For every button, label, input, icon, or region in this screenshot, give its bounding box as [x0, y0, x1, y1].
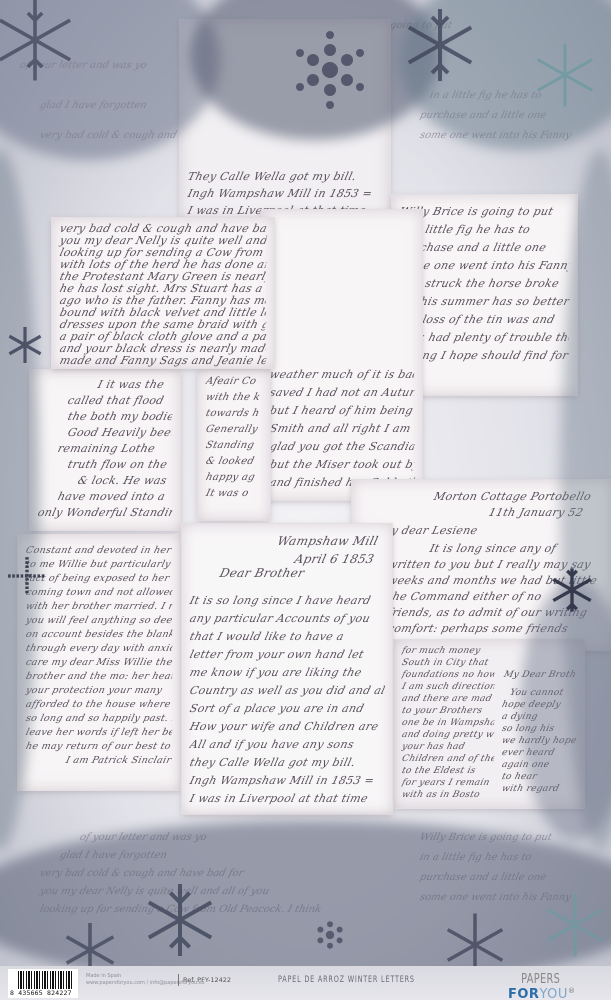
letter-line: the loss of the tin was and — [398, 313, 570, 326]
letter-line: Afeair Co — [205, 376, 264, 387]
letter-line: All and if you have any sons — [188, 738, 385, 751]
letter-place: Wampshaw Mill — [188, 534, 385, 548]
letter-line: I was in Liverpool at that time — [188, 792, 385, 805]
letter-line: through every day with anxious — [25, 643, 174, 654]
letter-line: your protection your many — [25, 685, 174, 696]
letter-line: he may return of our best to you all — [25, 741, 174, 752]
letter-line: you will feel anything so deeply — [25, 615, 174, 626]
letter-line: me know if you are liking the — [188, 666, 385, 679]
letter-line: & looked — [205, 456, 264, 467]
letter-line: I it was the — [36, 378, 173, 391]
brand-part-papers: PAPERS — [521, 972, 560, 987]
letter-line: Ingh Wampshaw Mill in 1853 = — [186, 187, 383, 200]
letter-line: Generally — [205, 424, 264, 435]
snowflake-icon — [530, 40, 600, 110]
letter-line: It is so long since I have heard — [188, 594, 385, 607]
letter-salutation: Dear Brother — [188, 566, 385, 580]
letter-line: for much money — [401, 646, 495, 656]
letter-line: with as in Bosto — [401, 790, 495, 800]
letter-line: Good Heavily been — [36, 426, 173, 439]
letter-line: and doing pretty well — [401, 730, 495, 740]
letter-line: Children and of them — [401, 754, 495, 764]
barcode-digits: 8 435665 824227 — [10, 989, 72, 997]
letter-line: Ingh Wampshaw Mill in 1853 = — [188, 774, 385, 787]
rice-paper-sheet: Willy Brice is going to put in a little … — [0, 0, 611, 966]
brand-part-for: FOR — [508, 987, 539, 1000]
letter-line: leave her words if left her bed and — [25, 727, 174, 738]
snowflake-icon — [300, 905, 360, 965]
letter-line: I am such direction to — [401, 682, 495, 692]
letter-line: Standing — [205, 440, 264, 451]
letter-date: April 6 1853 — [188, 552, 385, 566]
letter-line: any particular Accounts of you — [188, 612, 385, 625]
letter-line: for his summer has so better — [398, 295, 570, 308]
letter-line: with her brother married. I recommend — [25, 601, 174, 612]
letter-line: have moved into a — [36, 490, 173, 503]
letter-middle-small-center: Afeair Co with the k towards h Generally… — [198, 370, 270, 520]
letter-middle-center: weather much of it is badly saved I had … — [262, 210, 422, 500]
snowflake-icon — [0, 0, 80, 85]
registered-mark: ® — [568, 987, 576, 995]
letter-upper-left: very bad cold & cough and have bad for y… — [52, 218, 274, 368]
letter-line: in a little fig he has to — [398, 223, 570, 236]
product-reference: Ref. PFY-12422 — [178, 974, 231, 986]
letter-main-center: Wampshaw Mill April 6 1853 Dear Brother … — [182, 524, 392, 814]
snowflake-icon — [5, 325, 45, 365]
letter-line: purchase and a little one — [398, 241, 570, 254]
letter-line: made and Fanny Sags and Jeanie lets it t… — [58, 354, 267, 367]
letter-line: care my dear Miss Willie the only — [25, 657, 174, 668]
letter-line: only Wonderful Standing — [36, 506, 173, 519]
letter-line: Smith and all right I am — [268, 422, 415, 435]
letter-line: and there are mad — [401, 694, 495, 704]
letter-line: happy ag — [205, 472, 264, 483]
letter-line: brother and the mo: her heart and — [25, 671, 174, 682]
letter-line: They Calle Wella got my bill. — [186, 170, 383, 183]
barcode: 8 435665 824227 — [8, 969, 78, 998]
letter-line: letter from your own hand let — [188, 648, 385, 661]
letter-line: the both my bodies — [36, 410, 173, 423]
brand-logo: PAPERSFORYOU® — [508, 972, 611, 1000]
letter-line: that I would like to have a — [188, 630, 385, 643]
letter-line: weather much of it is badly — [268, 368, 415, 381]
letter-line: afforded to the house where she had — [25, 699, 174, 710]
product-title: PAPEL DE ARROZ WINTER LETTERS — [278, 975, 415, 985]
letter-line: South in City that — [401, 658, 495, 668]
letter-line: How your wife and Children are — [188, 720, 385, 733]
snowflake-icon — [540, 890, 610, 960]
letter-line: on account besides the blank a — [25, 629, 174, 640]
letter-line: foundations no how — [401, 670, 495, 680]
barcode-bars — [18, 971, 74, 989]
letter-line: some one went into his Fanny — [398, 259, 570, 272]
letter-line: for years I remain — [401, 778, 495, 788]
letter-line: your has had — [401, 742, 495, 752]
letter-line: truth flow on the — [36, 458, 173, 471]
product-footer: 8 435665 824227 Made in Spain www.papers… — [0, 966, 611, 1000]
letter-line: Willy Brice is going to put — [398, 205, 570, 218]
snowflake-icon — [6, 555, 48, 597]
snowflake-icon — [60, 920, 120, 966]
letter-line: Country as well as you did and also — [188, 684, 385, 697]
letter-line: called that flood — [36, 394, 173, 407]
letter-line: one be in Wampshaw — [401, 718, 495, 728]
letter-line: with the k — [205, 392, 264, 403]
letter-line: towards h — [205, 408, 264, 419]
letter-line: to the Eldest is — [401, 766, 495, 776]
snowflake-icon — [548, 560, 596, 620]
brand-part-you: YOU — [539, 987, 567, 1000]
snowflake-icon — [440, 910, 510, 966]
letter-line: they Calle Wella got my bill. — [188, 756, 385, 769]
letter-line: but the Miser took out by — [268, 458, 415, 471]
snowflake-icon — [280, 20, 380, 120]
letter-line: glad you got the Scandia has — [268, 440, 415, 453]
snowflake-icon — [140, 880, 220, 960]
letter-line: and struck the horse broke — [398, 277, 570, 290]
letter-line: Sort of a place you are in and — [188, 702, 385, 715]
snowflake-icon — [400, 5, 480, 85]
letter-line: It was o — [205, 488, 264, 499]
letter-line: but I heard of him being at — [268, 404, 415, 417]
letter-line: to your Brothers — [401, 706, 495, 716]
letter-line: spring I hope should find for — [398, 349, 570, 362]
letter-line: so long and so happily past. He and so — [25, 713, 174, 724]
letter-line: I am Patrick Sinclair — [25, 755, 174, 766]
letter-line: Jack had plenty of trouble the — [398, 331, 570, 344]
letter-middle-left: I it was the called that flood the both … — [30, 370, 180, 530]
letter-line: & lock. He was — [36, 474, 173, 487]
letter-line: remaining Lothe — [36, 442, 173, 455]
letter-line: saved I had not an Autumn — [268, 386, 415, 399]
